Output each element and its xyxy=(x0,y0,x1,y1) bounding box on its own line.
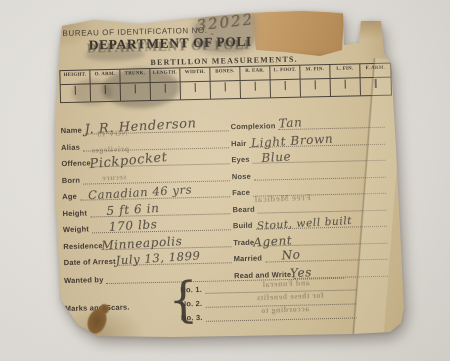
measurement-cell xyxy=(211,81,241,99)
handwritten-value: Light Brown xyxy=(251,131,334,150)
field-label: Trade xyxy=(233,237,254,246)
col-header: BONES. xyxy=(210,67,240,82)
col-header: R. EAR. xyxy=(240,66,270,81)
field-row-residence: Residence Minneapolis xyxy=(63,235,231,251)
measurement-cell xyxy=(301,79,331,97)
field-label: Alias xyxy=(61,142,80,151)
bleed-through-text: according to xyxy=(261,304,310,315)
measurement-cell xyxy=(331,78,361,96)
field-label: Name xyxy=(61,126,82,135)
bleed-through-text: privileges xyxy=(91,144,129,155)
field-row-height: Height 5 ft 6 in xyxy=(62,202,230,218)
field-label: No. 3. xyxy=(181,313,203,322)
marks-and-scars-label: Marks and Scars. xyxy=(65,299,165,313)
field-label: Height xyxy=(62,208,87,218)
field-row-name: Name J. R. Henderson xyxy=(61,119,229,135)
field-label: Complexion xyxy=(231,121,276,131)
field-row-complexion: Complexion Tan xyxy=(230,116,384,131)
field-label: No. 1. xyxy=(180,285,202,294)
field-label: Residence xyxy=(63,241,103,251)
field-row-born: Born xyxy=(62,169,230,185)
field-label: Born xyxy=(62,175,81,184)
handwritten-value: Agent xyxy=(253,233,293,249)
field-label: Nose xyxy=(232,171,251,180)
field-label: Hair xyxy=(231,138,247,147)
field-label: Weight xyxy=(63,224,89,234)
field-label: Offence xyxy=(61,158,91,168)
field-label: Face xyxy=(232,188,250,197)
field-row-date-of-arrest: Date of Arrest July 13, 1899 xyxy=(64,251,232,267)
bleed-through-text: and Funeral xyxy=(262,278,310,289)
bertillon-card: 32022 BUREAU OF IDENTIFICATION NO. DEPAR… xyxy=(52,8,414,348)
handwritten-value: Tan xyxy=(278,115,303,130)
field-label: Beard xyxy=(232,204,254,214)
measurement-cell xyxy=(241,80,271,98)
field-row-weight: Weight 170 lbs xyxy=(63,218,231,234)
field-label: Eyes xyxy=(231,155,250,164)
ink-smudge xyxy=(101,67,180,109)
handwritten-value: Canadian 46 yrs xyxy=(88,182,193,202)
field-row-hair: Hair Light Brown xyxy=(231,132,385,147)
field-row-offence: Offence Pickpocket xyxy=(61,152,229,168)
measurement-cell xyxy=(271,80,301,98)
field-label: Date of Arrest xyxy=(64,257,116,267)
bleed-through-text: secure xyxy=(102,172,127,182)
handwritten-value: 170 lbs xyxy=(109,217,158,234)
field-label: Build xyxy=(233,221,253,230)
field-row-alias: Alias xyxy=(61,136,229,152)
dotted-line xyxy=(206,317,357,321)
field-label: No. 2. xyxy=(181,299,203,308)
handwritten-value: July 13, 1899 xyxy=(115,248,201,267)
field-row-eyes: Eyes Blue xyxy=(231,149,385,164)
field-row-age: Age Canadian 46 yrs xyxy=(62,185,230,201)
col-header: L. FIN. xyxy=(330,64,360,79)
bleed-through-text: NOV 13 xyxy=(97,128,128,138)
handwritten-value: Blue xyxy=(261,149,292,165)
col-header: L. FOOT. xyxy=(270,66,300,81)
handwritten-value: 5 ft 6 in xyxy=(106,200,160,217)
measurement-cell xyxy=(181,82,211,100)
col-header: WIDTH. xyxy=(180,68,210,83)
field-label: Married xyxy=(234,254,263,264)
col-header: M. FIN. xyxy=(300,65,330,80)
handwritten-value: Stout, well built xyxy=(257,215,353,232)
handwritten-value: No xyxy=(281,247,301,262)
field-label: Age xyxy=(62,192,77,201)
field-label: Wanted by xyxy=(64,275,104,285)
stain-blob xyxy=(100,304,109,314)
photo-of-identification-card: 32022 BUREAU OF IDENTIFICATION NO. DEPAR… xyxy=(0,0,450,361)
card-paper: 32022 BUREAU OF IDENTIFICATION NO. DEPAR… xyxy=(52,8,414,348)
